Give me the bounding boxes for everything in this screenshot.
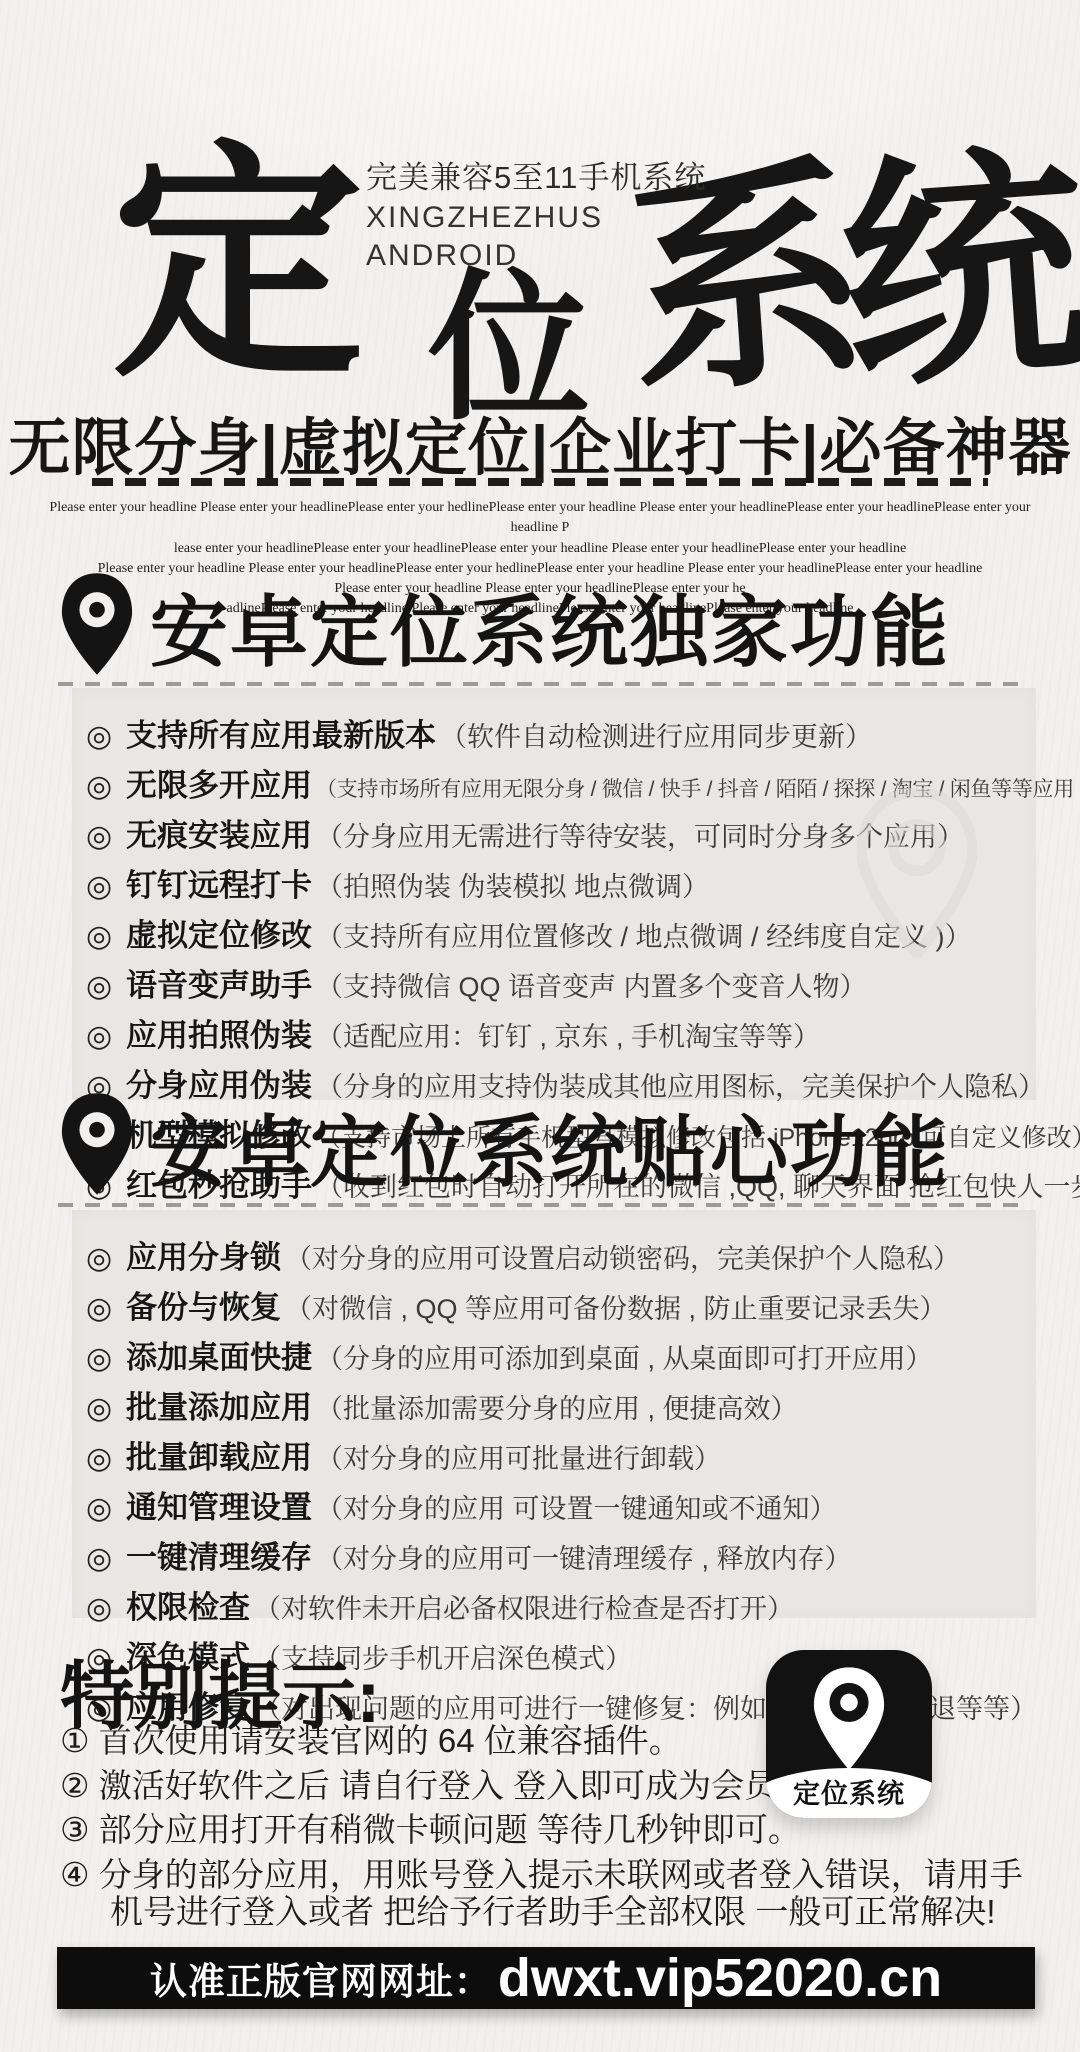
feature-row: ◎ 备份与恢复 （对微信 , QQ 等应用可备份数据 , 防止重要记录丢失） bbox=[86, 1282, 1036, 1327]
bullseye-bullet-icon: ◎ bbox=[86, 769, 126, 804]
tip-item: ④ 分身的部分应用，用账号登入提示未联网或者登入错误，请用手机号进行登入或者 把… bbox=[60, 1856, 1042, 1931]
placeholder-line: lease enter your headlinePlease enter yo… bbox=[40, 539, 1040, 559]
bullseye-bullet-icon: ◎ bbox=[86, 1241, 126, 1276]
app-icon: 定位系统 bbox=[766, 1650, 932, 1818]
bullseye-bullet-icon: ◎ bbox=[86, 1441, 126, 1476]
location-pin-icon bbox=[58, 572, 136, 681]
feature-row: ◎ 通知管理设置 （对分身的应用 可设置一键通知或不通知） bbox=[86, 1482, 1036, 1527]
feature-row: ◎ 批量添加应用 （批量添加需要分身的应用 , 便捷高效） bbox=[86, 1382, 1036, 1427]
feature-label: 添加桌面快捷 bbox=[126, 1332, 312, 1377]
feature-row: ◎ 支持所有应用最新版本 （软件自动检测进行应用同步更新） bbox=[86, 710, 1036, 755]
feature-row: ◎ 批量卸载应用 （对分身的应用可批量进行卸载） bbox=[86, 1432, 1036, 1477]
feature-label: 应用分身锁 bbox=[126, 1232, 281, 1277]
feature-label: 通知管理设置 bbox=[126, 1482, 312, 1527]
bullseye-bullet-icon: ◎ bbox=[86, 1391, 126, 1426]
placeholder-line: Please enter your headline Please enter … bbox=[40, 498, 1040, 539]
app-pin-icon bbox=[766, 1666, 932, 1774]
feature-label: 备份与恢复 bbox=[126, 1282, 281, 1327]
feature-subtitle: 无限分身|虚拟定位|企业打卡|必备神器 bbox=[0, 398, 1080, 487]
official-site-url: dwxt.vip52020.cn bbox=[498, 1947, 942, 2009]
bullseye-bullet-icon: ◎ bbox=[86, 1019, 126, 1054]
title-char-ding: 定 bbox=[112, 140, 364, 392]
bullseye-bullet-icon: ◎ bbox=[86, 1491, 126, 1526]
section1-divider bbox=[58, 682, 1028, 686]
bullseye-bullet-icon: ◎ bbox=[86, 919, 126, 954]
feature-note: （对软件未开启必备权限进行检查是否打开） bbox=[254, 1587, 794, 1626]
feature-row: ◎ 一键清理缓存 （对分身的应用可一键清理缓存 , 释放内存） bbox=[86, 1532, 1036, 1577]
app-icon-label: 定位系统 bbox=[766, 1772, 932, 1811]
feature-note: （适配应用：钉钉 , 京东 , 手机淘宝等等） bbox=[316, 1015, 820, 1054]
bullseye-bullet-icon: ◎ bbox=[86, 1591, 126, 1626]
bullseye-bullet-icon: ◎ bbox=[86, 819, 126, 854]
feature-note: （拍照伪装 伪装模拟 地点微调） bbox=[316, 865, 709, 904]
hero-mid-block: 完美兼容5至11手机系统 XINGZHEZHUS ANDROID bbox=[366, 152, 706, 272]
bullseye-bullet-icon: ◎ bbox=[86, 969, 126, 1004]
section1-title: 安卓定位系统独家功能 bbox=[150, 570, 950, 682]
bullseye-bullet-icon: ◎ bbox=[86, 1341, 126, 1376]
section2-divider bbox=[58, 1203, 1028, 1207]
feature-row: ◎ 应用拍照伪装 （适配应用：钉钉 , 京东 , 手机淘宝等等） bbox=[86, 1010, 1036, 1055]
feature-label: 一键清理缓存 bbox=[126, 1532, 312, 1577]
section2-title: 安卓定位系统贴心功能 bbox=[150, 1090, 950, 1202]
brand-line-1: XINGZHEZHUS bbox=[366, 201, 706, 235]
feature-note: （对分身的应用可批量进行卸载） bbox=[316, 1437, 721, 1476]
feature-label: 无痕安装应用 bbox=[126, 810, 312, 855]
feature-note: （对微信 , QQ 等应用可备份数据 , 防止重要记录丢失） bbox=[285, 1287, 947, 1326]
feature-label: 钉钉远程打卡 bbox=[126, 860, 312, 905]
feature-note: （对分身的应用 可设置一键通知或不通知） bbox=[316, 1487, 837, 1526]
feature-row: ◎ 权限检查 （对软件未开启必备权限进行检查是否打开） bbox=[86, 1582, 1036, 1627]
watermark-pin-icon bbox=[852, 788, 982, 963]
feature-label: 批量添加应用 bbox=[126, 1382, 312, 1427]
feature-note: （对分身的应用可一键清理缓存 , 释放内存） bbox=[316, 1537, 852, 1576]
feature-label: 批量卸载应用 bbox=[126, 1432, 312, 1477]
feature-row: ◎ 应用分身锁 （对分身的应用可设置启动锁密码，完美保护个人隐私） bbox=[86, 1232, 1036, 1277]
feature-label: 虚拟定位修改 bbox=[126, 910, 312, 955]
feature-label: 权限检查 bbox=[126, 1582, 250, 1627]
feature-label: 应用拍照伪装 bbox=[126, 1010, 312, 1055]
location-pin-icon bbox=[58, 1092, 136, 1201]
brand-line-2: ANDROID bbox=[366, 239, 706, 273]
feature-label: 语音变声助手 bbox=[126, 960, 312, 1005]
compatibility-tagline: 完美兼容5至11手机系统 bbox=[366, 152, 706, 197]
section2-feature-list: ◎ 应用分身锁 （对分身的应用可设置启动锁密码，完美保护个人隐私） ◎ 备份与恢… bbox=[72, 1210, 1036, 1618]
feature-row: ◎ 添加桌面快捷 （分身的应用可添加到桌面 , 从桌面即可打开应用） bbox=[86, 1332, 1036, 1377]
feature-note: （批量添加需要分身的应用 , 便捷高效） bbox=[316, 1387, 798, 1426]
feature-note: （分身的应用可添加到桌面 , 从桌面即可打开应用） bbox=[316, 1337, 933, 1376]
feature-note: （软件自动检测进行应用同步更新） bbox=[440, 715, 872, 754]
section1-header: 安卓定位系统独家功能 bbox=[58, 570, 950, 682]
official-site-bar: 认准正版官网网址： dwxt.vip52020.cn bbox=[57, 1947, 1035, 2009]
title-char-tong: 统 bbox=[834, 142, 1080, 402]
feature-note: （对分身的应用可设置启动锁密码，完美保护个人隐私） bbox=[285, 1237, 960, 1276]
bullseye-bullet-icon: ◎ bbox=[86, 719, 126, 754]
official-site-prefix: 认准正版官网网址： bbox=[150, 1951, 492, 2005]
bullseye-bullet-icon: ◎ bbox=[86, 1291, 126, 1326]
feature-note: （支持微信 QQ 语音变声 内置多个变音人物） bbox=[316, 965, 867, 1004]
feature-label: 无限多开应用 bbox=[126, 760, 312, 805]
bullseye-bullet-icon: ◎ bbox=[86, 1541, 126, 1576]
heavy-dashed-divider bbox=[92, 478, 988, 486]
feature-row: ◎ 语音变声助手 （支持微信 QQ 语音变声 内置多个变音人物） bbox=[86, 960, 1036, 1005]
section2-header: 安卓定位系统贴心功能 bbox=[58, 1090, 950, 1202]
feature-label: 支持所有应用最新版本 bbox=[126, 710, 436, 755]
bullseye-bullet-icon: ◎ bbox=[86, 869, 126, 904]
